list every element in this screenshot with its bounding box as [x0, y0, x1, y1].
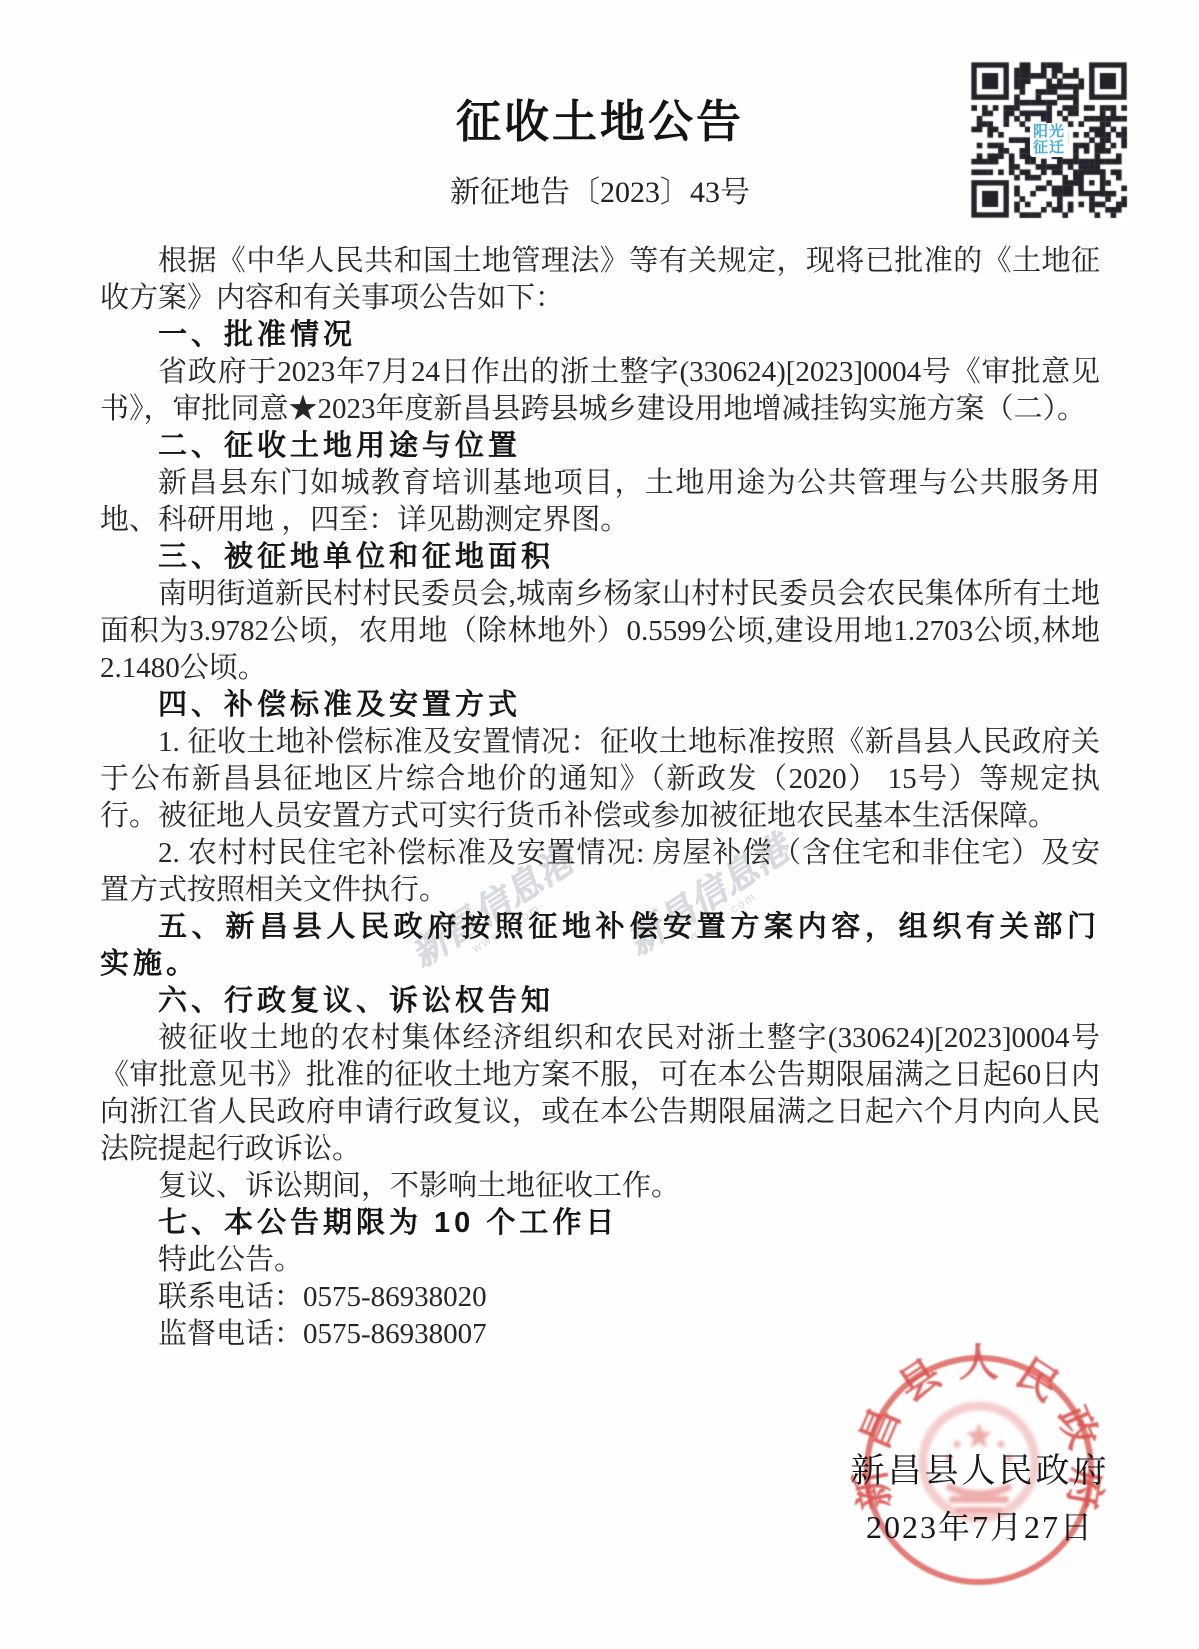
scanned-announcement-page: 阳光 征迁 新昌信息港 www···com 新昌信息港 www···com 征收…	[0, 0, 1199, 1649]
document-body: 征收土地公告 新征地告〔2023〕43号 根据《中华人民共和国土地管理法》等有关…	[100, 95, 1100, 1353]
section-4-heading: 四、补偿标准及安置方式	[100, 687, 1100, 724]
section-7-heading: 七、本公告期限为 10 个工作日	[100, 1205, 1100, 1242]
section-2-heading: 二、征收土地用途与位置	[100, 428, 1100, 465]
section-3-heading: 三、被征地单位和征地面积	[100, 539, 1100, 576]
section-4-item-2: 2. 农村村民住宅补偿标准及安置情况: 房屋补偿（含住宅和非住宅）及安置方式按照…	[100, 835, 1100, 909]
paragraph-intro: 根据《中华人民共和国土地管理法》等有关规定，现将已批准的《土地征收方案》内容和有…	[100, 243, 1100, 317]
contact-phone: 联系电话：0575-86938020	[100, 1279, 1100, 1316]
section-6-heading: 六、行政复议、诉讼权告知	[100, 983, 1100, 1020]
section-6-body: 被征收土地的农村集体经济组织和农民对浙土整字(330624)[2023]0004…	[100, 1020, 1100, 1168]
section-1-body: 省政府于2023年7月24日作出的浙土整字(330624)[2023]0004号…	[100, 354, 1100, 428]
section-1-heading: 一、批准情况	[100, 317, 1100, 354]
section-2-body: 新昌县东门如城教育培训基地项目，土地用途为公共管理与公共服务用地、科研用地 ，四…	[100, 465, 1100, 539]
closing-line: 特此公告。	[100, 1242, 1100, 1279]
signature-org-name: 新昌县人民政府	[830, 1452, 1130, 1492]
section-4-item-1: 1. 征收土地补偿标准及安置情况：征收土地标准按照《新昌县人民政府关于公布新昌县…	[100, 724, 1100, 835]
signature-date: 2023年7月27日	[830, 1508, 1130, 1546]
announcement-text: 根据《中华人民共和国土地管理法》等有关规定，现将已批准的《土地征收方案》内容和有…	[100, 243, 1100, 1353]
section-6-note: 复议、诉讼期间，不影响土地征收工作。	[100, 1168, 1100, 1205]
document-number: 新征地告〔2023〕43号	[100, 175, 1100, 211]
section-5-heading: 五、新昌县人民政府按照征地补偿安置方案内容，组织有关部门实施。	[100, 909, 1100, 983]
page-title: 征收土地公告	[100, 95, 1100, 149]
section-3-body: 南明街道新民村村民委员会,城南乡杨家山村村民委员会农民集体所有土地面积为3.97…	[100, 576, 1100, 687]
